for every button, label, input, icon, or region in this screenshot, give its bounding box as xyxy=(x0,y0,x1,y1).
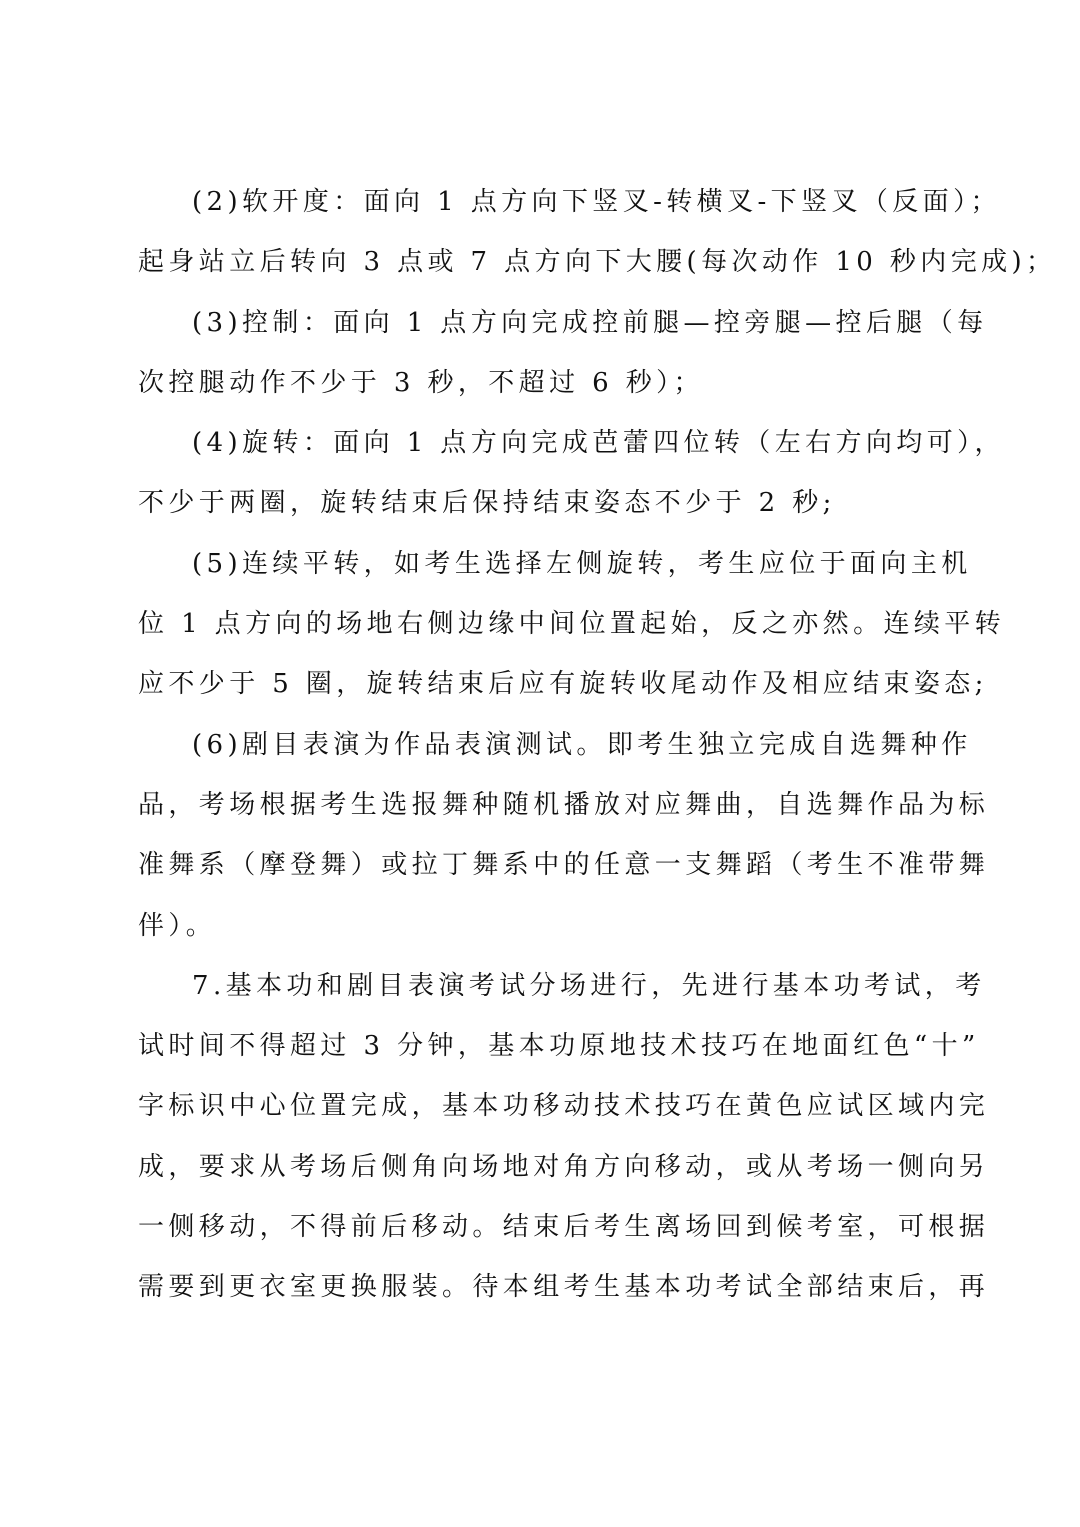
paragraph-section-7-line-3: 字标识中心位置完成，基本功移动技术技巧在黄色应试区域内完 xyxy=(138,1076,944,1136)
paragraph-item-6-line-4: 伴）。 xyxy=(138,896,944,956)
paragraph-section-7-line-6: 需要到更衣室更换服装。待本组考生基本功考试全部结束后，再 xyxy=(138,1257,944,1317)
paragraph-item-3-line-1: (3)控制：面向 1 点方向完成控前腿—控旁腿—控后腿（每 xyxy=(138,293,944,353)
paragraph-item-2-line-2: 起身站立后转向 3 点或 7 点方向下大腰(每次动作 10 秒内完成)； xyxy=(138,232,944,292)
paragraph-item-3-line-2: 次控腿动作不少于 3 秒，不超过 6 秒）； xyxy=(138,353,944,413)
paragraph-section-7-line-1: 7.基本功和剧目表演考试分场进行，先进行基本功考试，考 xyxy=(138,956,944,1016)
paragraph-item-5-line-1: (5)连续平转，如考生选择左侧旋转，考生应位于面向主机 xyxy=(138,534,944,594)
paragraph-section-7-line-5: 一侧移动，不得前后移动。结束后考生离场回到候考室，可根据 xyxy=(138,1197,944,1257)
paragraph-item-6-line-3: 准舞系（摩登舞）或拉丁舞系中的任意一支舞蹈（考生不准带舞 xyxy=(138,835,944,895)
paragraph-section-7-line-2: 试时间不得超过 3 分钟，基本功原地技术技巧在地面红色“十” xyxy=(138,1016,944,1076)
paragraph-item-4-line-2: 不少于两圈，旋转结束后保持结束姿态不少于 2 秒; xyxy=(138,473,944,533)
paragraph-item-5-line-3: 应不少于 5 圈，旋转结束后应有旋转收尾动作及相应结束姿态; xyxy=(138,654,944,714)
document-body: (2)软开度：面向 1 点方向下竖叉-转横叉-下竖叉（反面）； 起身站立后转向 … xyxy=(138,172,944,1318)
paragraph-item-6-line-2: 品，考场根据考生选报舞种随机播放对应舞曲，自选舞作品为标 xyxy=(138,775,944,835)
paragraph-item-5-line-2: 位 1 点方向的场地右侧边缘中间位置起始，反之亦然。连续平转 xyxy=(138,594,944,654)
paragraph-item-6-line-1: (6)剧目表演为作品表演测试。即考生独立完成自选舞种作 xyxy=(138,715,944,775)
document-page: (2)软开度：面向 1 点方向下竖叉-转横叉-下竖叉（反面）； 起身站立后转向 … xyxy=(0,0,1080,1527)
paragraph-item-2-line-1: (2)软开度：面向 1 点方向下竖叉-转横叉-下竖叉（反面）； xyxy=(138,172,944,232)
paragraph-item-4-line-1: (4)旋转：面向 1 点方向完成芭蕾四位转（左右方向均可）， xyxy=(138,413,944,473)
paragraph-section-7-line-4: 成，要求从考场后侧角向场地对角方向移动，或从考场一侧向另 xyxy=(138,1137,944,1197)
